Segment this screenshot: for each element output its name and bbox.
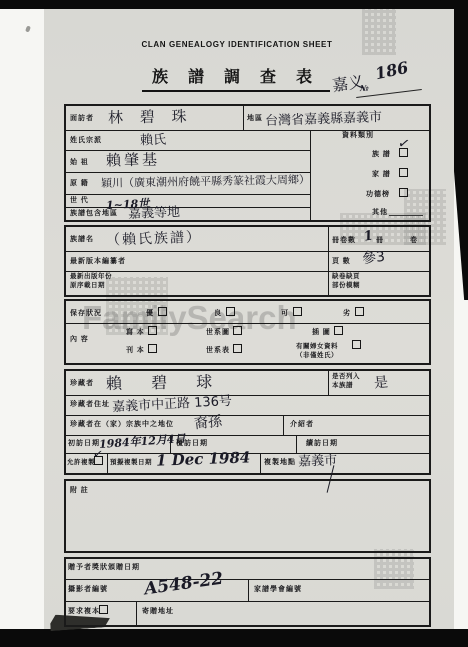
region-label: 地區: [247, 113, 263, 123]
request-copy-checkbox: [99, 605, 108, 614]
content-pedigree-table-checkbox: [233, 344, 242, 353]
condition-excellent-checkbox: [158, 307, 167, 316]
volumes-unit-juan: 卷: [410, 235, 418, 245]
ancestor-value: 賴肇基: [106, 149, 160, 171]
publication-year-label: 最新出版年份: [70, 271, 112, 280]
content-manuscript-checkbox: [148, 326, 157, 335]
origin-label: 原 籍: [70, 178, 89, 188]
society-number-label: 家譜學會編號: [254, 584, 302, 594]
pages-value: 參3: [361, 246, 386, 268]
table-line: [328, 371, 329, 395]
condition-passable-checkbox: [293, 307, 302, 316]
ancestor-label: 始 祖: [70, 157, 89, 167]
coverage-area-label: 族譜包含地區: [70, 208, 118, 218]
content-manuscript-label: 寫 本: [126, 327, 145, 337]
interviewer-value: 林 碧 珠: [108, 105, 193, 127]
table-line: [328, 227, 329, 295]
award-date-label: 贈予者獎狀頒贈日期: [68, 562, 140, 572]
category-other-label: 其他: [372, 207, 388, 217]
send-address-label: 寄贈地址: [142, 606, 174, 616]
condition-label: 保存狀況: [70, 308, 102, 318]
volumes-label: 冊卷數: [332, 235, 356, 245]
handwritten-sheet-number: 186: [373, 58, 410, 84]
editor-label: 最新版本編纂者: [70, 256, 126, 266]
followup-visit-label: 續訪日期: [306, 438, 338, 448]
block-condition-content: [64, 299, 431, 365]
scan-edge-top: [0, 0, 468, 9]
copy-permitted-label: 允許複製: [67, 457, 95, 466]
copy-place-label: 複製地點: [264, 457, 296, 467]
table-line: [66, 130, 429, 131]
introducer-label: 介紹者: [290, 419, 314, 429]
genealogy-title-value: （賴氏族譜）: [106, 226, 203, 249]
table-line: [243, 106, 244, 130]
sheet-title-en: CLAN GENEALOGY IDENTIFICATION SHEET: [92, 40, 382, 49]
generations-label: 世 代: [70, 195, 89, 205]
planned-copy-date-label: 預擬複製日期: [110, 457, 152, 466]
category-jiapu-checkbox: [399, 168, 408, 177]
condition-fair-label: 可: [281, 308, 289, 318]
content-pedigree-chart-checkbox: [233, 326, 242, 335]
table-line: [66, 194, 310, 195]
content-women-note-label: （非僅姓氏）: [296, 350, 338, 359]
content-illustrations-checkbox: [334, 326, 343, 335]
table-line: [310, 130, 311, 220]
condition-poor-checkbox: [355, 307, 364, 316]
listed-in-genealogy-label: 是否列入: [332, 371, 360, 380]
table-line: [283, 415, 284, 435]
copy-place-value: 嘉義市: [298, 449, 338, 469]
form-page: FamilySearch CLAN GENEALOGY IDENTIFICATI…: [44, 9, 454, 629]
content-women-data-checkbox: [352, 340, 361, 349]
condition-good-label: 良: [214, 308, 222, 318]
genealogy-title-label: 族譜名: [70, 234, 94, 244]
table-line: [66, 415, 429, 416]
table-line: [66, 601, 429, 602]
request-copy-label: 要求複本: [68, 606, 100, 616]
block-notes: [64, 479, 431, 553]
category-zupu-label: 族 譜: [372, 149, 391, 159]
table-line: [248, 579, 249, 601]
revisit-label: 覆訪日期: [176, 438, 208, 448]
category-other-blank: [389, 215, 423, 216]
content-women-data-label: 有關婦女資料: [296, 341, 338, 350]
interviewer-label: 面訪者: [70, 113, 94, 123]
scanned-sheet: { "scan": { "watermark_text": "FamilySea…: [0, 0, 468, 647]
table-line: [136, 601, 137, 625]
content-printed-checkbox: [148, 344, 157, 353]
pages-label: 頁 數: [332, 256, 351, 266]
table-line: [66, 271, 429, 272]
table-line: [260, 453, 261, 473]
planned-copy-date-value: 1 Dec 1984: [156, 448, 251, 469]
category-gongde-checkbox: [399, 188, 408, 197]
preface-date-label: 原序載日期: [70, 280, 105, 289]
category-jiapu-label: 家 譜: [372, 169, 391, 179]
form-title: 族 譜 調 查 表: [142, 64, 330, 92]
table-line: [107, 453, 108, 473]
check-mark-icon: ✓: [92, 446, 104, 461]
partially-blurred-label: 部份模糊: [332, 280, 360, 289]
listed-in-genealogy-value: 是: [373, 371, 389, 392]
notes-label: 附 註: [70, 485, 89, 495]
scan-edge-bottom: [0, 629, 468, 647]
category-label: 資料類別: [342, 130, 374, 140]
owner-label: 珍藏者: [70, 378, 94, 388]
coverage-area-value: 嘉義等地: [128, 201, 181, 222]
content-illustrations-label: 插 圖: [312, 327, 331, 337]
volumes-unit-ce: 冊: [376, 235, 384, 245]
content-printed-label: 刊 本: [126, 345, 145, 355]
table-line: [66, 150, 310, 151]
content-pedigree-chart-label: 世系圖: [206, 327, 230, 337]
owner-position-label: 珍藏者在（家）宗族中之地位: [70, 419, 174, 429]
listed-in-genealogy-label2: 本族譜: [332, 380, 353, 389]
missing-pages-label: 缺卷缺頁: [332, 271, 360, 280]
scan-speck: [25, 25, 31, 32]
photographer-number-label: 攝影者編號: [68, 584, 108, 594]
lineage-value: 賴氏: [140, 129, 167, 149]
condition-excellent-label: 優: [146, 308, 154, 318]
owner-address-label: 珍藏者住址: [70, 399, 110, 409]
number-sign: №: [360, 83, 369, 93]
condition-poor-label: 劣: [343, 308, 351, 318]
category-gongde-label: 功德榜: [366, 189, 390, 199]
lineage-label: 姓氏宗派: [70, 135, 102, 145]
table-line: [66, 323, 429, 324]
owner-position-value: 裔孫: [193, 411, 223, 434]
region-value: 台灣省嘉義縣嘉義市: [265, 106, 383, 129]
content-pedigree-table-label: 世系表: [206, 345, 230, 355]
content-label: 內 容: [70, 334, 89, 344]
condition-fair-checkbox: [226, 307, 235, 316]
